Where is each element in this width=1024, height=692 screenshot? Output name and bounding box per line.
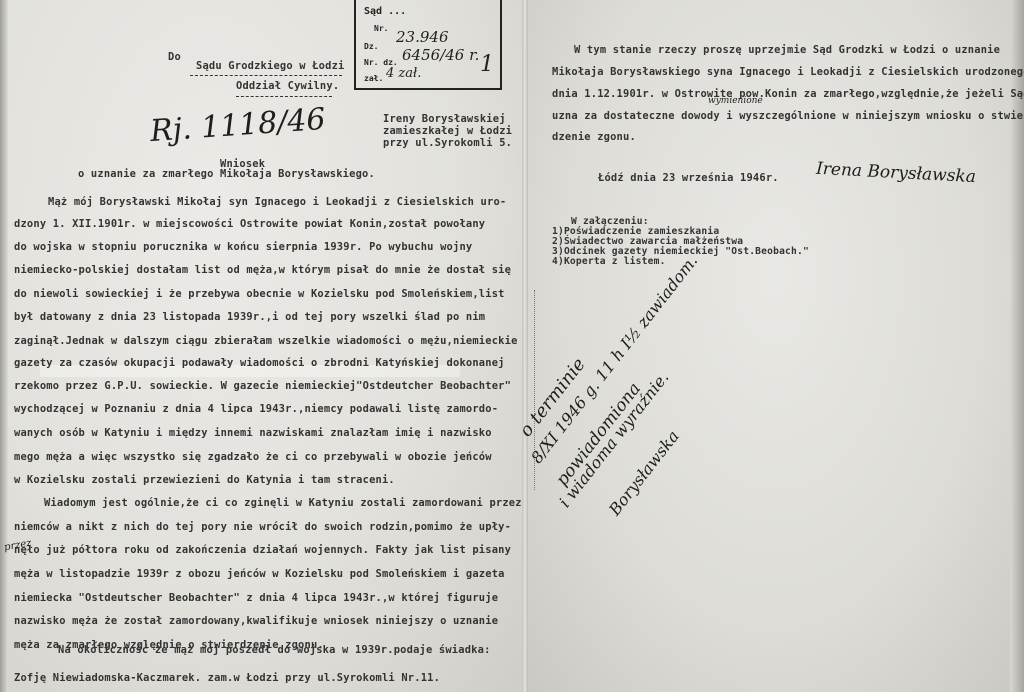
underline-division (236, 96, 332, 97)
body-right-line: W tym stanie rzeczy proszę uprzejmie Sąd… (574, 44, 1000, 56)
interlinear-note: wymienione (708, 96, 763, 106)
stamp-label-zal: zał. (364, 74, 383, 83)
stamp-label-nr: Nr. (374, 24, 388, 33)
stamp-value-1: 23.946 (396, 28, 449, 46)
body-line: do niewoli sowieckiej i że przebywa obec… (14, 288, 505, 300)
body-line: Zofję Niewiadomska-Kaczmarek. zam.w Łodz… (14, 672, 440, 684)
body-line: nęło już półtora roku od zakończenia dzi… (14, 544, 511, 556)
handwritten-note-line: i wiadoma wyraźnie. (555, 368, 673, 511)
body-line: w Kozielsku zostali przewiezieni do Katy… (14, 474, 395, 486)
addressee-division: Oddział Cywilny. (236, 80, 339, 92)
body-line: niemców a nikt z nich do tej pory nie wr… (14, 521, 511, 533)
body-line: dzony 1. XII.1901r. w miejscowości Ostro… (14, 218, 485, 230)
stamp-header: Sąd ... (364, 6, 406, 17)
body-line: był datowany z dnia 23 listopada 1939r.,… (14, 311, 485, 323)
scan-edge-right (1010, 0, 1024, 692)
registry-stamp: Sąd ... Nr. Dz. Nr. dz. zał. 23.946 6456… (354, 0, 502, 90)
body-right-line: dzenie zgonu. (552, 131, 636, 143)
place-date: Łódź dnia 23 września 1946r. (598, 172, 779, 184)
body-line: zaginął.Jednak w dalszym ciągu zbierałam… (14, 335, 518, 347)
body-right-line: Mikołaja Borysławskiego syna Ignacego i … (552, 66, 1024, 78)
body-line: niemiecka "Ostdeutscher Beobachter" z dn… (14, 592, 498, 604)
sender-name: Ireny Borysławskiej (383, 113, 506, 125)
addressee-to: Do (168, 51, 181, 63)
underline-court (190, 75, 342, 76)
body-line: do wojska w stopniu porucznika w końcu s… (14, 241, 472, 253)
body-line: niemiecko-polskiej dostałam list od męża… (14, 264, 511, 276)
body-line: wychodzącej w Poznaniu z dnia 4 lipca 19… (14, 403, 498, 415)
body-line: Wiadomym jest ogólnie,że ci co zginęli w… (44, 497, 522, 509)
stamp-value-4: 1 (480, 52, 494, 77)
stamp-label-dz: Dz. (364, 42, 378, 51)
body-line: gazety za czasów okupacji podawały wiado… (14, 357, 505, 369)
sender-residence: zamieszkałej w Łodzi (383, 125, 512, 137)
handwritten-note: o terminie8/XI 1946 g. 11 h I½ zawiadom.… (520, 280, 800, 520)
body-line: wanych osób w Katyniu i między innemi na… (14, 427, 492, 439)
scan-edge-left (0, 0, 8, 692)
addressee-court: Sądu Grodzkiego w Łodzi (196, 60, 344, 72)
attachment-item: 4)Koperta z listem. (552, 256, 666, 267)
body-line: mego męża a więc wszystko się zgadzało ż… (14, 451, 492, 463)
body-line: Mąż mój Borysławski Mikołaj syn Ignacego… (48, 196, 506, 208)
document-subtitle: o uznanie za zmarłego Mikołaja Borysławs… (78, 168, 375, 180)
body-line: męża w listopadzie 1939r z obozu jeńców … (14, 568, 505, 580)
stamp-value-2: 6456/46 r. (402, 46, 479, 64)
body-line: rzekomo przez G.P.U. sowieckie. W gazeci… (14, 380, 511, 392)
body-right-line: dnia 1.12.1901r. w Ostrowite pow.Konin z… (552, 88, 1024, 100)
body-line: nazwisko męża że został zamordowany,kwal… (14, 615, 498, 627)
body-line: Na okoliczność że mąż mój poszedł do woj… (58, 644, 491, 656)
body-right-line: uzna za dostateczne dowody i wyszczególn… (552, 110, 1024, 122)
sender-address: przy ul.Syrokomli 5. (383, 137, 512, 149)
stamp-value-3: 4 zał. (386, 66, 421, 81)
